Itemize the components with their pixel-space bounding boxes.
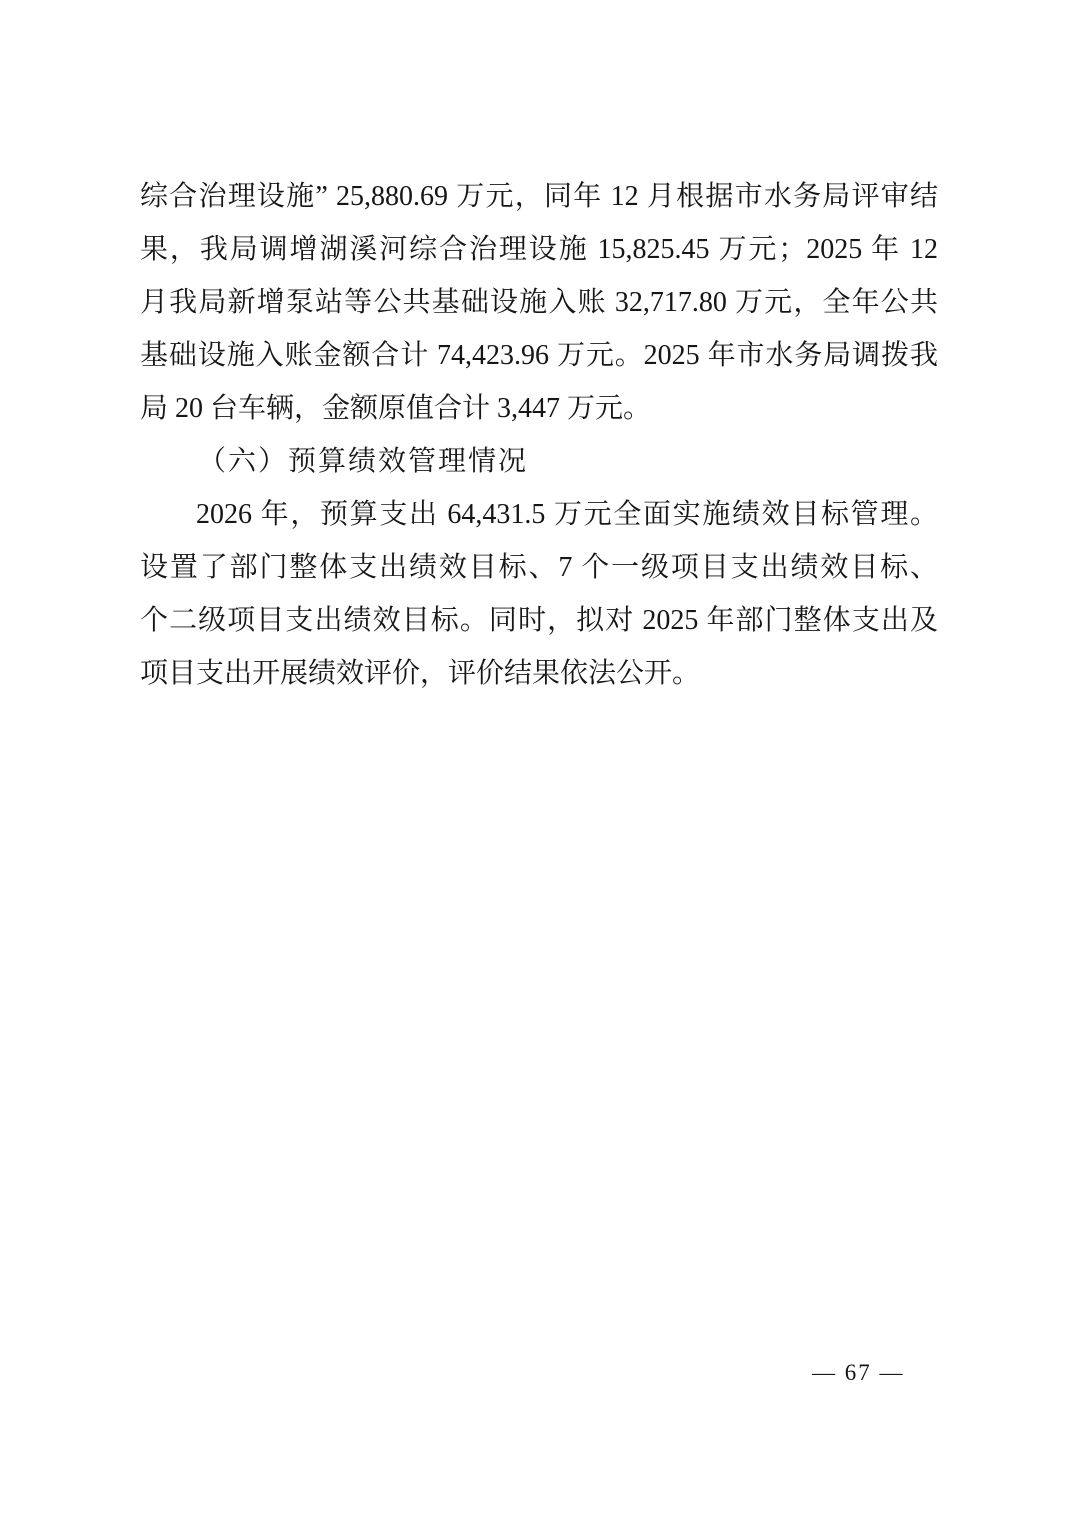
para2-line-3: 个二级项目支出绩效目标。同时，拟对 2025 年部门整体支出及 [140,594,938,647]
section-heading: （六）预算绩效管理情况 [140,435,938,488]
para1-line-2: 果，我局调增湖溪河综合治理设施 15,825.45 万元；2025 年 12 [140,223,938,276]
page-number: — 67 — [812,1358,905,1388]
para2-line-2: 设置了部门整体支出绩效目标、7 个一级项目支出绩效目标、 [140,541,938,594]
document-page: 综合治理设施” 25,880.69 万元，同年 12 月根据市水务局评审结 果，… [0,0,1074,1520]
para1-line-4: 基础设施入账金额合计 74,423.96 万元。2025 年市水务局调拨我 [140,329,938,382]
para1-line-3: 月我局新增泵站等公共基础设施入账 32,717.80 万元，全年公共 [140,276,938,329]
text-block: 综合治理设施” 25,880.69 万元，同年 12 月根据市水务局评审结 果，… [140,170,938,700]
para1-line-1: 综合治理设施” 25,880.69 万元，同年 12 月根据市水务局评审结 [140,170,938,223]
para1-line-5: 局 20 台车辆，金额原值合计 3,447 万元。 [140,382,938,435]
para2-line-1: 2026 年，预算支出 64,431.5 万元全面实施绩效目标管理。 [140,488,938,541]
para2-line-4: 项目支出开展绩效评价，评价结果依法公开。 [140,647,938,700]
